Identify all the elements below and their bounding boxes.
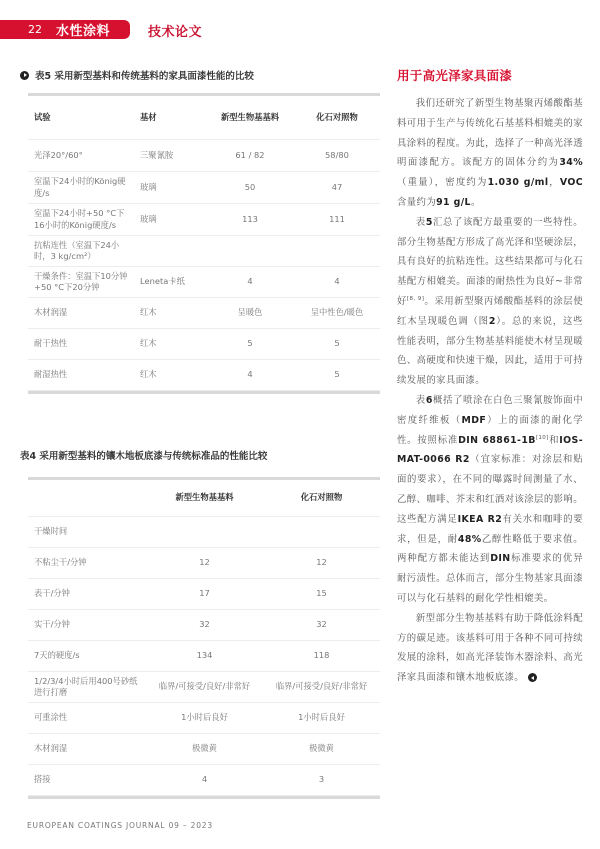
- article-paragraph: 表5汇总了该配方最重要的一些特性。部分生物基配方形成了高光泽和坚硬涂层，具有良好…: [397, 213, 583, 391]
- table-header-row: 新型生物基基料 化石对照物: [28, 480, 380, 517]
- table-row: 木材润湿 极微黄 极微黄: [28, 734, 380, 765]
- table-row: 干燥时间: [28, 517, 380, 548]
- end-of-article-icon: [528, 673, 537, 682]
- table-bottom-rule: [28, 796, 380, 799]
- table-row: 光泽20°/60° 三聚氰胺 61 / 82 58/80: [28, 140, 380, 172]
- table-row: 不粘尘干/分钟 12 12: [28, 548, 380, 579]
- table-row: 表干/分钟 17 15: [28, 579, 380, 610]
- table-row: 抗粘连性（室温下24小时，3 kg/cm²）: [28, 236, 380, 267]
- citation: [10]: [536, 434, 549, 440]
- table-bottom-rule: [28, 391, 380, 394]
- article-paragraph: 新型部分生物基基料有助于降低涂料配方的碳足迹。该基料可用于各种不同可持续发展的涂…: [397, 609, 583, 688]
- table4: 新型生物基基料 化石对照物 干燥时间 不粘尘干/分钟 12 12 表干/分钟 1…: [28, 477, 380, 799]
- table5-caption: 表5 采用新型基料和传统基料的家具面漆性能的比较: [20, 68, 254, 82]
- table-row: 室温下24小时的König硬度/s 玻璃 50 47: [28, 172, 380, 204]
- table-row: 耐干热性 红木 5 5: [28, 329, 380, 360]
- article-column: 用于高光泽家具面漆 我们还研究了新型生物基聚丙烯酸酯基料可用于生产与传统化石基基…: [397, 66, 583, 688]
- citation: [8, 9]: [407, 296, 424, 302]
- section-title: 水性涂料: [56, 20, 110, 39]
- table-row: 7天的硬度/s 134 118: [28, 641, 380, 672]
- table-header-row: 试验 基材 新型生物基基料 化石对照物: [28, 96, 380, 140]
- article-paragraph: 我们还研究了新型生物基聚丙烯酸酯基料可用于生产与传统化石基基料相媲美的家具涂料的…: [397, 94, 583, 213]
- arrow-right-icon: [20, 71, 29, 80]
- category-label: 技术论文: [148, 21, 202, 40]
- table-row: 室温下24小时+50 °C下16小时的König硬度/s 玻璃 113 111: [28, 204, 380, 236]
- journal-footer: EUROPEAN COATINGS JOURNAL 09 – 2023: [27, 821, 213, 830]
- table5: 试验 基材 新型生物基基料 化石对照物 光泽20°/60° 三聚氰胺 61 / …: [28, 93, 380, 394]
- table-row: 1/2/3/4小时后用400号砂纸进行打磨 临界/可接受/良好/非常好 临界/可…: [28, 672, 380, 703]
- table4-caption: 表4 采用新型基料的镶木地板底漆与传统标准品的性能比较: [20, 448, 267, 462]
- article-heading: 用于高光泽家具面漆: [397, 66, 583, 84]
- section-tab: 22 水性涂料: [0, 20, 130, 39]
- table-row: 干燥条件：室温下10分钟+50 °C下20分钟 Leneta卡纸 4 4: [28, 267, 380, 298]
- table-row: 木材润湿 红木 呈暖色 呈中性色/暖色: [28, 298, 380, 329]
- table-row: 可重涂性 1小时后良好 1小时后良好: [28, 703, 380, 734]
- article-paragraph: 表6概括了喷涂在白色三聚氰胺饰面中密度纤维板（MDF）上的面漆的耐化学性。按照标…: [397, 391, 583, 609]
- page-header: 22 水性涂料 技术论文: [0, 20, 600, 39]
- page-number: 22: [28, 23, 56, 36]
- table-row: 搭接 4 3: [28, 765, 380, 796]
- table-row: 耐湿热性 红木 4 5: [28, 360, 380, 391]
- table-row: 实干/分钟 32 32: [28, 610, 380, 641]
